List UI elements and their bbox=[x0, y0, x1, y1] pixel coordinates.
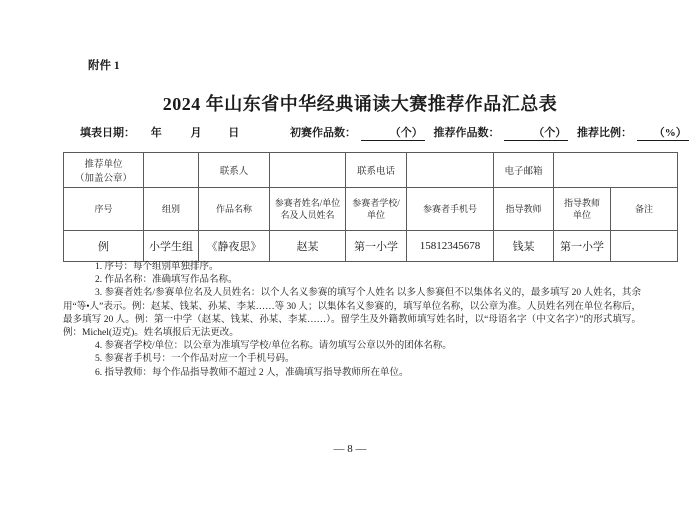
example-row: 例 小学生组 《静夜思》 赵某 第一小学 15812345678 钱某 第一小学 bbox=[64, 231, 678, 262]
header-row: 序号 组别 作品名称 参赛者姓名/单位 名及人员姓名 参赛者学校/ 单位 参赛者… bbox=[64, 188, 678, 231]
note-item-1: 1. 序号：每个组别单独排序。 bbox=[63, 261, 641, 274]
attachment-label: 附件 1 bbox=[88, 57, 120, 73]
month-label: 月 bbox=[191, 127, 202, 139]
cell-email-value bbox=[554, 153, 678, 188]
fill-date-label: 填表日期： bbox=[80, 127, 135, 139]
example-participant-school: 第一小学 bbox=[346, 231, 407, 262]
cell-recommend-unit-value bbox=[144, 153, 199, 188]
ratio-label: 推荐比例： bbox=[577, 127, 632, 139]
summary-table: 推荐单位 （加盖公章） 联系人 联系电话 电子邮箱 序号 组别 作品名称 参赛者… bbox=[63, 152, 678, 262]
cell-email-label: 电子邮箱 bbox=[494, 153, 554, 188]
header-participant-phone: 参赛者手机号 bbox=[407, 188, 494, 231]
header-work-title: 作品名称 bbox=[199, 188, 270, 231]
header-instructor: 指导教师 bbox=[494, 188, 554, 231]
header-participant-school: 参赛者学校/ 单位 bbox=[346, 188, 407, 231]
example-work-title: 《静夜思》 bbox=[199, 231, 270, 262]
preliminary-count-label: 初赛作品数： bbox=[290, 127, 356, 139]
example-participant-phone: 15812345678 bbox=[407, 231, 494, 262]
cell-contact-value bbox=[270, 153, 346, 188]
day-label: 日 bbox=[228, 127, 239, 139]
recommended-count-label: 推荐作品数： bbox=[434, 127, 500, 139]
preliminary-count-blank: （个） bbox=[361, 124, 425, 141]
example-instructor: 钱某 bbox=[494, 231, 554, 262]
note-item-5: 5. 参赛者手机号：一个作品对应一个手机号码。 bbox=[63, 353, 641, 366]
cell-phone-label: 联系电话 bbox=[346, 153, 407, 188]
year-label: 年 bbox=[151, 127, 162, 139]
header-group: 组别 bbox=[144, 188, 199, 231]
page-title: 2024 年山东省中华经典诵读大赛推荐作品汇总表 bbox=[20, 90, 700, 116]
cell-recommend-unit-label: 推荐单位 （加盖公章） bbox=[64, 153, 144, 188]
info-row: 推荐单位 （加盖公章） 联系人 联系电话 电子邮箱 bbox=[64, 153, 678, 188]
example-instructor-unit: 第一小学 bbox=[554, 231, 611, 262]
cell-contact-label: 联系人 bbox=[199, 153, 270, 188]
ratio-blank: （%） bbox=[637, 124, 689, 141]
note-item-6: 6. 指导教师：每个作品指导教师不超过 2 人，准确填写指导教师所在单位。 bbox=[63, 367, 641, 380]
form-meta-line: 填表日期： 年 月 日 初赛作品数： （个） 推荐作品数： （个） 推荐比例： … bbox=[80, 124, 689, 141]
cell-phone-value bbox=[407, 153, 494, 188]
note-item-3: 3. 参赛者姓名/参赛单位名及人员姓名：以个人名义参赛的填写个人姓名 以多人参赛… bbox=[63, 287, 641, 340]
recommended-count-blank: （个） bbox=[504, 124, 568, 141]
example-group: 小学生组 bbox=[144, 231, 199, 262]
note-item-2: 2. 作品名称：准确填写作品名称。 bbox=[63, 274, 641, 287]
document-page: 附件 1 2024 年山东省中华经典诵读大赛推荐作品汇总表 填表日期： 年 月 … bbox=[0, 0, 700, 525]
example-serial: 例 bbox=[64, 231, 144, 262]
page-number: — 8 — bbox=[0, 443, 700, 455]
notes-section: 1. 序号：每个组别单独排序。 2. 作品名称：准确填写作品名称。 3. 参赛者… bbox=[63, 261, 641, 380]
note-item-4: 4. 参赛者学校/单位：以公章为准填写学校/单位名称。请勿填写公章以外的团体名称… bbox=[63, 340, 641, 353]
example-participant-name: 赵某 bbox=[270, 231, 346, 262]
header-serial: 序号 bbox=[64, 188, 144, 231]
example-remarks bbox=[611, 231, 678, 262]
header-remarks: 备注 bbox=[611, 188, 678, 231]
header-participant-name: 参赛者姓名/单位 名及人员姓名 bbox=[270, 188, 346, 231]
header-instructor-unit: 指导教师 单位 bbox=[554, 188, 611, 231]
